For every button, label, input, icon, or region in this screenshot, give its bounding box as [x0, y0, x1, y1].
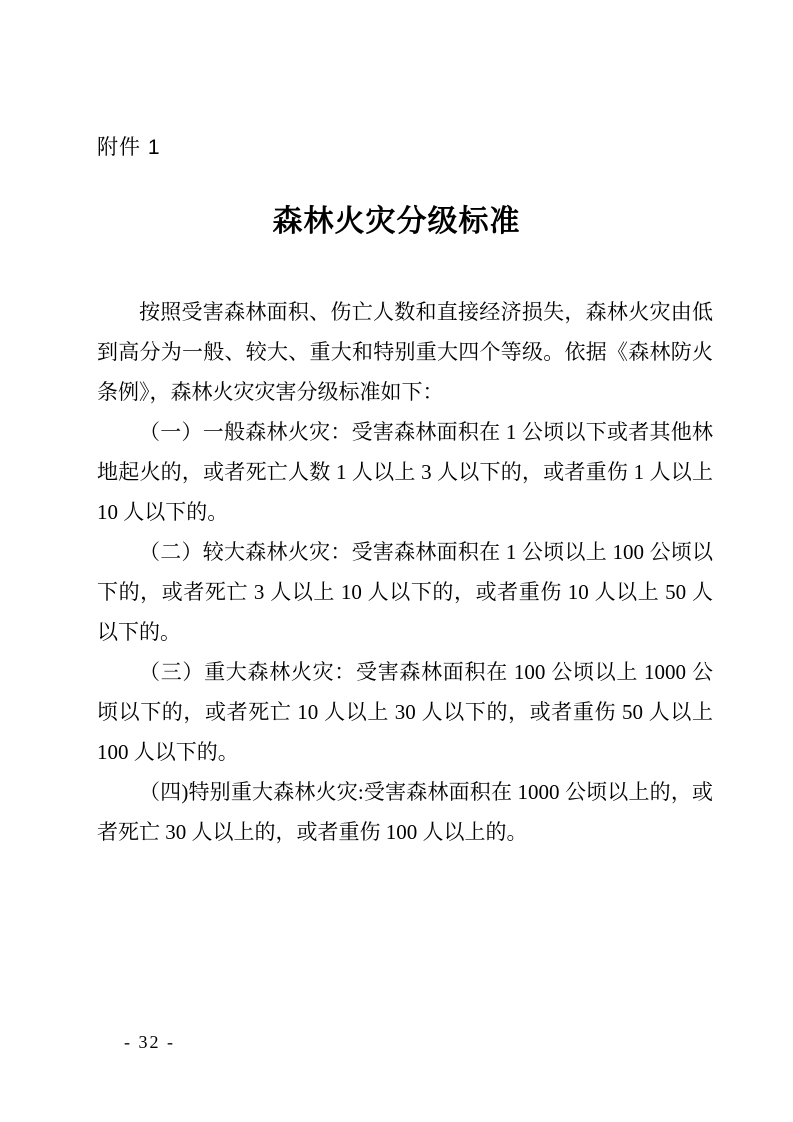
document-page: 附件 1 森林火灾分级标准 按照受害森林面积、伤亡人数和直接经济损失，森林火灾由… — [0, 0, 793, 1122]
attachment-label: 附件 1 — [97, 136, 161, 160]
paragraph-intro: 按照受害森林面积、伤亡人数和直接经济损失，森林火灾由低到高分为一般、较大、重大和… — [97, 292, 713, 412]
paragraph-extremely-major-forest-fire: （四)特别重大森林火灾:受害森林面积在 1000 公顷以上的，或者死亡 30 人… — [97, 772, 713, 852]
document-title: 森林火灾分级标准 — [0, 203, 793, 241]
paragraph-larger-forest-fire: （二）较大森林火灾：受害森林面积在 1 公顷以上 100 公顷以下的，或者死亡 … — [97, 532, 713, 652]
page-number: - 32 - — [124, 1031, 175, 1053]
paragraph-major-forest-fire: （三）重大森林火灾：受害森林面积在 100 公顷以上 1000 公顷以下的，或者… — [97, 652, 713, 772]
paragraph-general-forest-fire: （一）一般森林火灾：受害森林面积在 1 公顷以下或者其他林地起火的，或者死亡人数… — [97, 412, 713, 532]
document-body: 按照受害森林面积、伤亡人数和直接经济损失，森林火灾由低到高分为一般、较大、重大和… — [97, 292, 713, 852]
